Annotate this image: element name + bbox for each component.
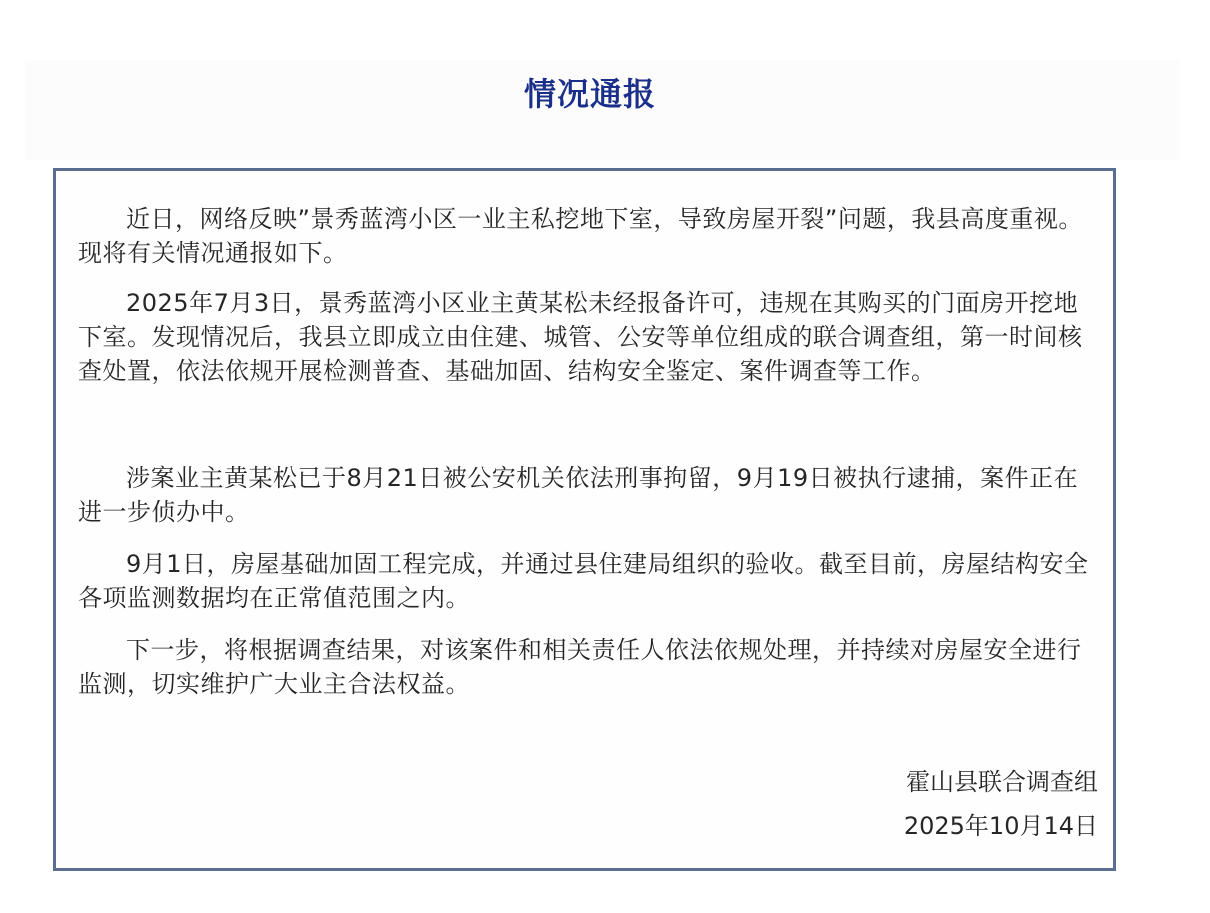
signature-date: 2025年10月14日 <box>904 809 1098 843</box>
paragraph-arrest: 涉案业主黄某松已于8月21日被公安机关依法刑事拘留，9月19日被执行逮捕，案件正… <box>78 461 1098 529</box>
paragraph-next-steps: 下一步，将根据调查结果，对该案件和相关责任人依法依规处理，并持续对房屋安全进行监… <box>78 633 1098 701</box>
paragraph-reinforcement: 9月1日，房屋基础加固工程完成，并通过县住建局组织的验收。截至目前，房屋结构安全… <box>78 547 1098 615</box>
signature-organization: 霍山县联合调查组 <box>906 765 1098 799</box>
page-title: 情况通报 <box>0 74 1180 114</box>
paragraph-incident: 2025年7月3日，景秀蓝湾小区业主黄某松未经报备许可，违规在其购买的门面房开挖… <box>78 286 1098 388</box>
paragraph-intro: 近日，网络反映”景秀蓝湾小区一业主私挖地下室，导致房屋开裂”问题，我县高度重视。… <box>78 202 1098 270</box>
